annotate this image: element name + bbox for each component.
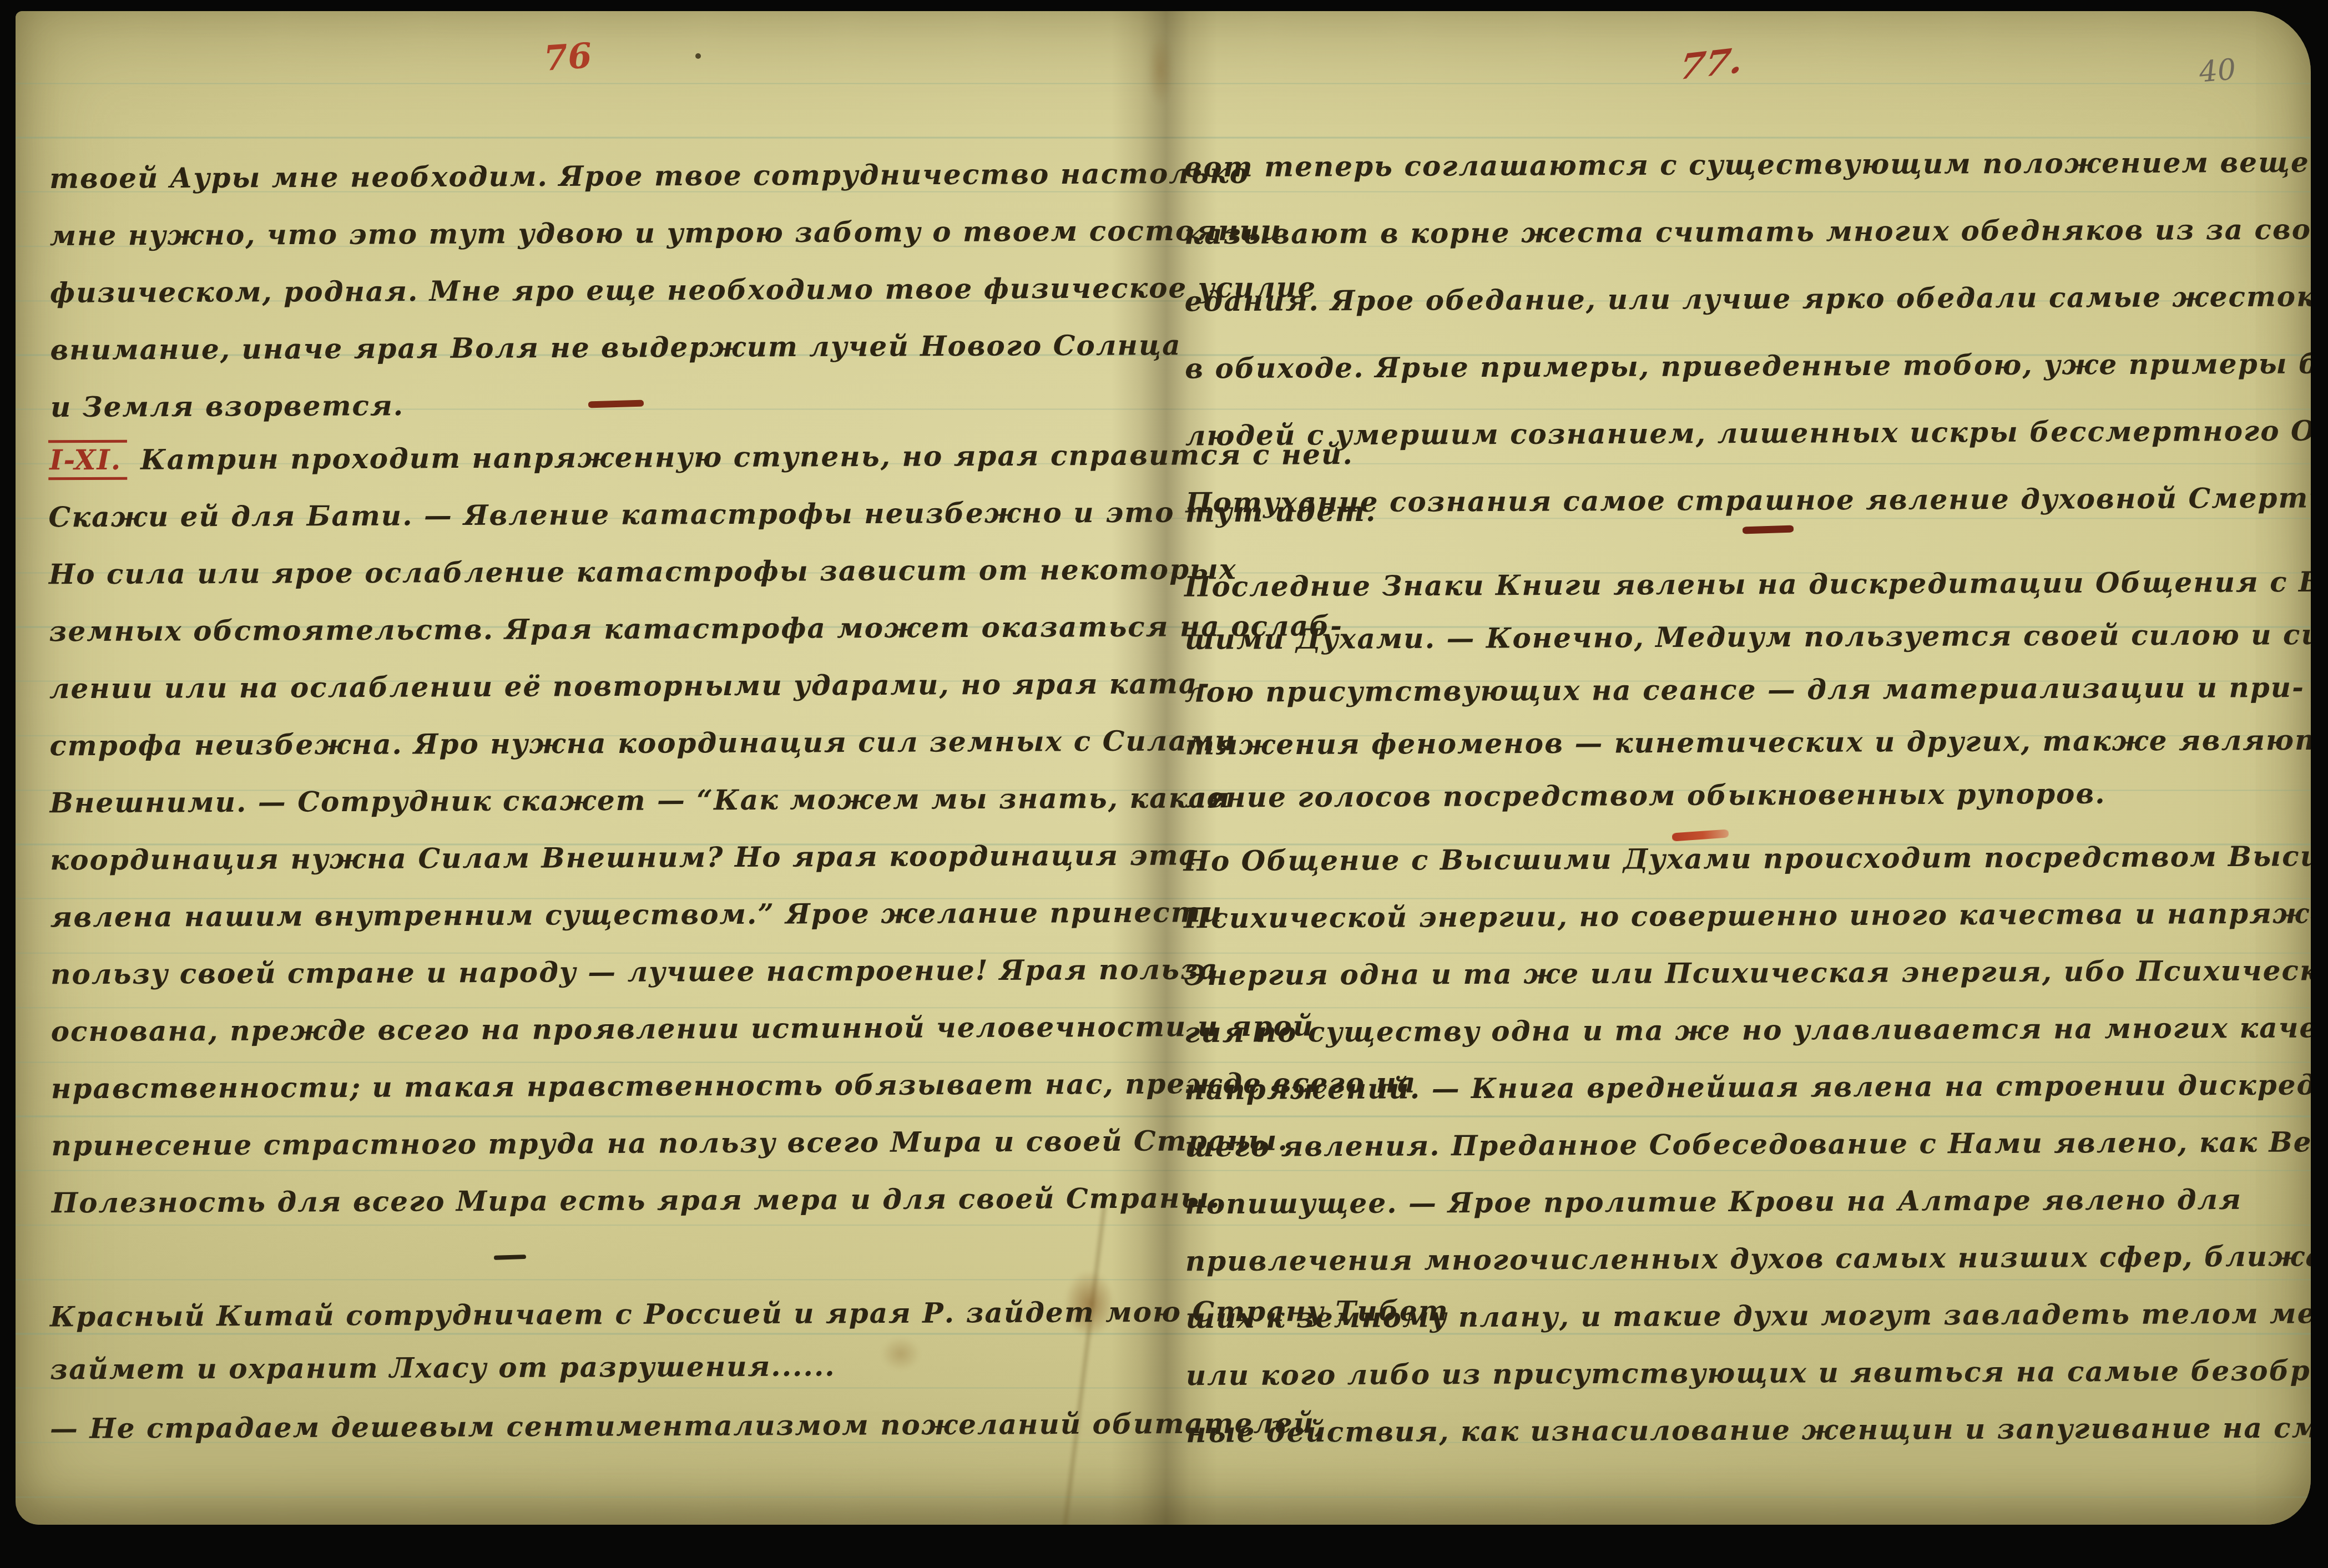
- manuscript-line: едания. Ярое обедание, или лучше ярко об…: [1184, 262, 2311, 335]
- manuscript-line: — Не страдаем дешевым сентиментализмом п…: [50, 1395, 1326, 1456]
- manuscript-line: Психической энергии, но совершенно иного…: [1184, 884, 2311, 947]
- section-number-marker: I-XI.: [48, 440, 127, 480]
- manuscript-line: гия по существу одна и та же но улавлива…: [1184, 998, 2311, 1061]
- manuscript-line: ные действия, как изнасилование женщин и…: [1186, 1398, 2311, 1461]
- manuscript-line: внимание, иначе ярая Воля не выдержит лу…: [50, 316, 1317, 378]
- page-number-left: 76: [543, 35, 593, 79]
- manuscript-line: или кого либо из присутствующих и явитьс…: [1186, 1341, 2311, 1404]
- paper-stain: [1148, 33, 1173, 105]
- manuscript-line: напряжений. — Книга вреднейшая явлена на…: [1184, 1055, 2311, 1118]
- manuscript-line: Потухание сознания самое страшное явлени…: [1185, 463, 2311, 537]
- left-paragraph-1: твоей Ауры мне необходим. Ярое твое сотр…: [49, 144, 1317, 436]
- manuscript-line: вот теперь соглашаются с существующим по…: [1184, 128, 2311, 201]
- manuscript-line: людей с умершим сознанием, лишенных искр…: [1185, 396, 2311, 469]
- manuscript-line: Энергия одна и та же или Психическая эне…: [1184, 941, 2311, 1004]
- manuscript-line: шего явления. Преданное Собеседование с …: [1185, 1112, 2311, 1175]
- manuscript-line: в обиходе. Ярые примеры, приведенные тоб…: [1185, 329, 2311, 402]
- manuscript-line: твоей Ауры мне необходим. Ярое твое сотр…: [49, 144, 1316, 207]
- manuscript-line: привлечения многочисленных духов самых н…: [1185, 1227, 2311, 1289]
- manuscript-line: ление голосов посредством обыкновенных р…: [1185, 766, 2311, 824]
- manuscript-line: шими Духами. — Конечно, Медиум пользуетс…: [1184, 608, 2311, 666]
- manuscript-line: ших к земному плану, и такие духи могут …: [1185, 1284, 2311, 1347]
- manuscript-line: Но Общение с Высшими Духами происходит п…: [1184, 827, 2311, 889]
- pencil-folio-number: 40: [2198, 53, 2238, 89]
- page-number-right: 77.: [1676, 39, 1746, 88]
- manuscript-line: мне нужно, что это тут удвою и утрою заб…: [49, 201, 1316, 264]
- manuscript-line-text: Катрин проходит напряженную ступень, но …: [140, 438, 1354, 476]
- notebook-spread: 76 77. 40 твоей Ауры мне необходим. Ярое…: [16, 11, 2311, 1525]
- right-paragraph-1: вот теперь соглашаются с существующим по…: [1184, 128, 2311, 537]
- right-paragraph-2: Последние Знаки Книги явлены на дискреди…: [1184, 555, 2311, 824]
- scan-background: 76 77. 40 твоей Ауры мне необходим. Ярое…: [0, 0, 2328, 1568]
- right-paragraph-3: Но Общение с Высшими Духами происходит п…: [1184, 827, 2311, 1461]
- manuscript-line: тяжения феноменов — кинетических и други…: [1185, 713, 2311, 771]
- manuscript-line: лою присутствующих на сеансе — для матер…: [1185, 660, 2311, 719]
- manuscript-line: казывают в корне жеста считать многих об…: [1184, 195, 2311, 268]
- manuscript-line: физическом, родная. Мне яро еще необходи…: [50, 259, 1317, 321]
- manuscript-line: нопишущее. — Ярое пролитие Крови на Алта…: [1185, 1170, 2311, 1232]
- manuscript-line: Последние Знаки Книги явлены на дискреди…: [1184, 555, 2311, 613]
- ink-speck: [695, 53, 701, 59]
- left-paragraph-4: — Не страдаем дешевым сентиментализмом п…: [50, 1395, 1326, 1456]
